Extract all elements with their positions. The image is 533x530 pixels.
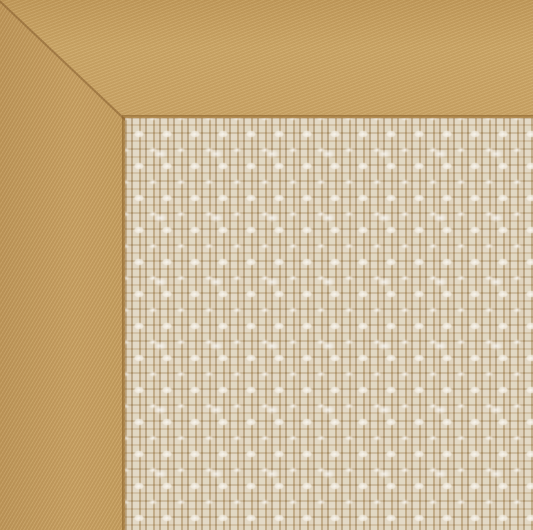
rug-corner-image (0, 0, 533, 530)
border-inner-edge-top (122, 115, 533, 119)
border-inner-edge-left (122, 117, 126, 530)
weave-highlight-loops (125, 118, 533, 530)
